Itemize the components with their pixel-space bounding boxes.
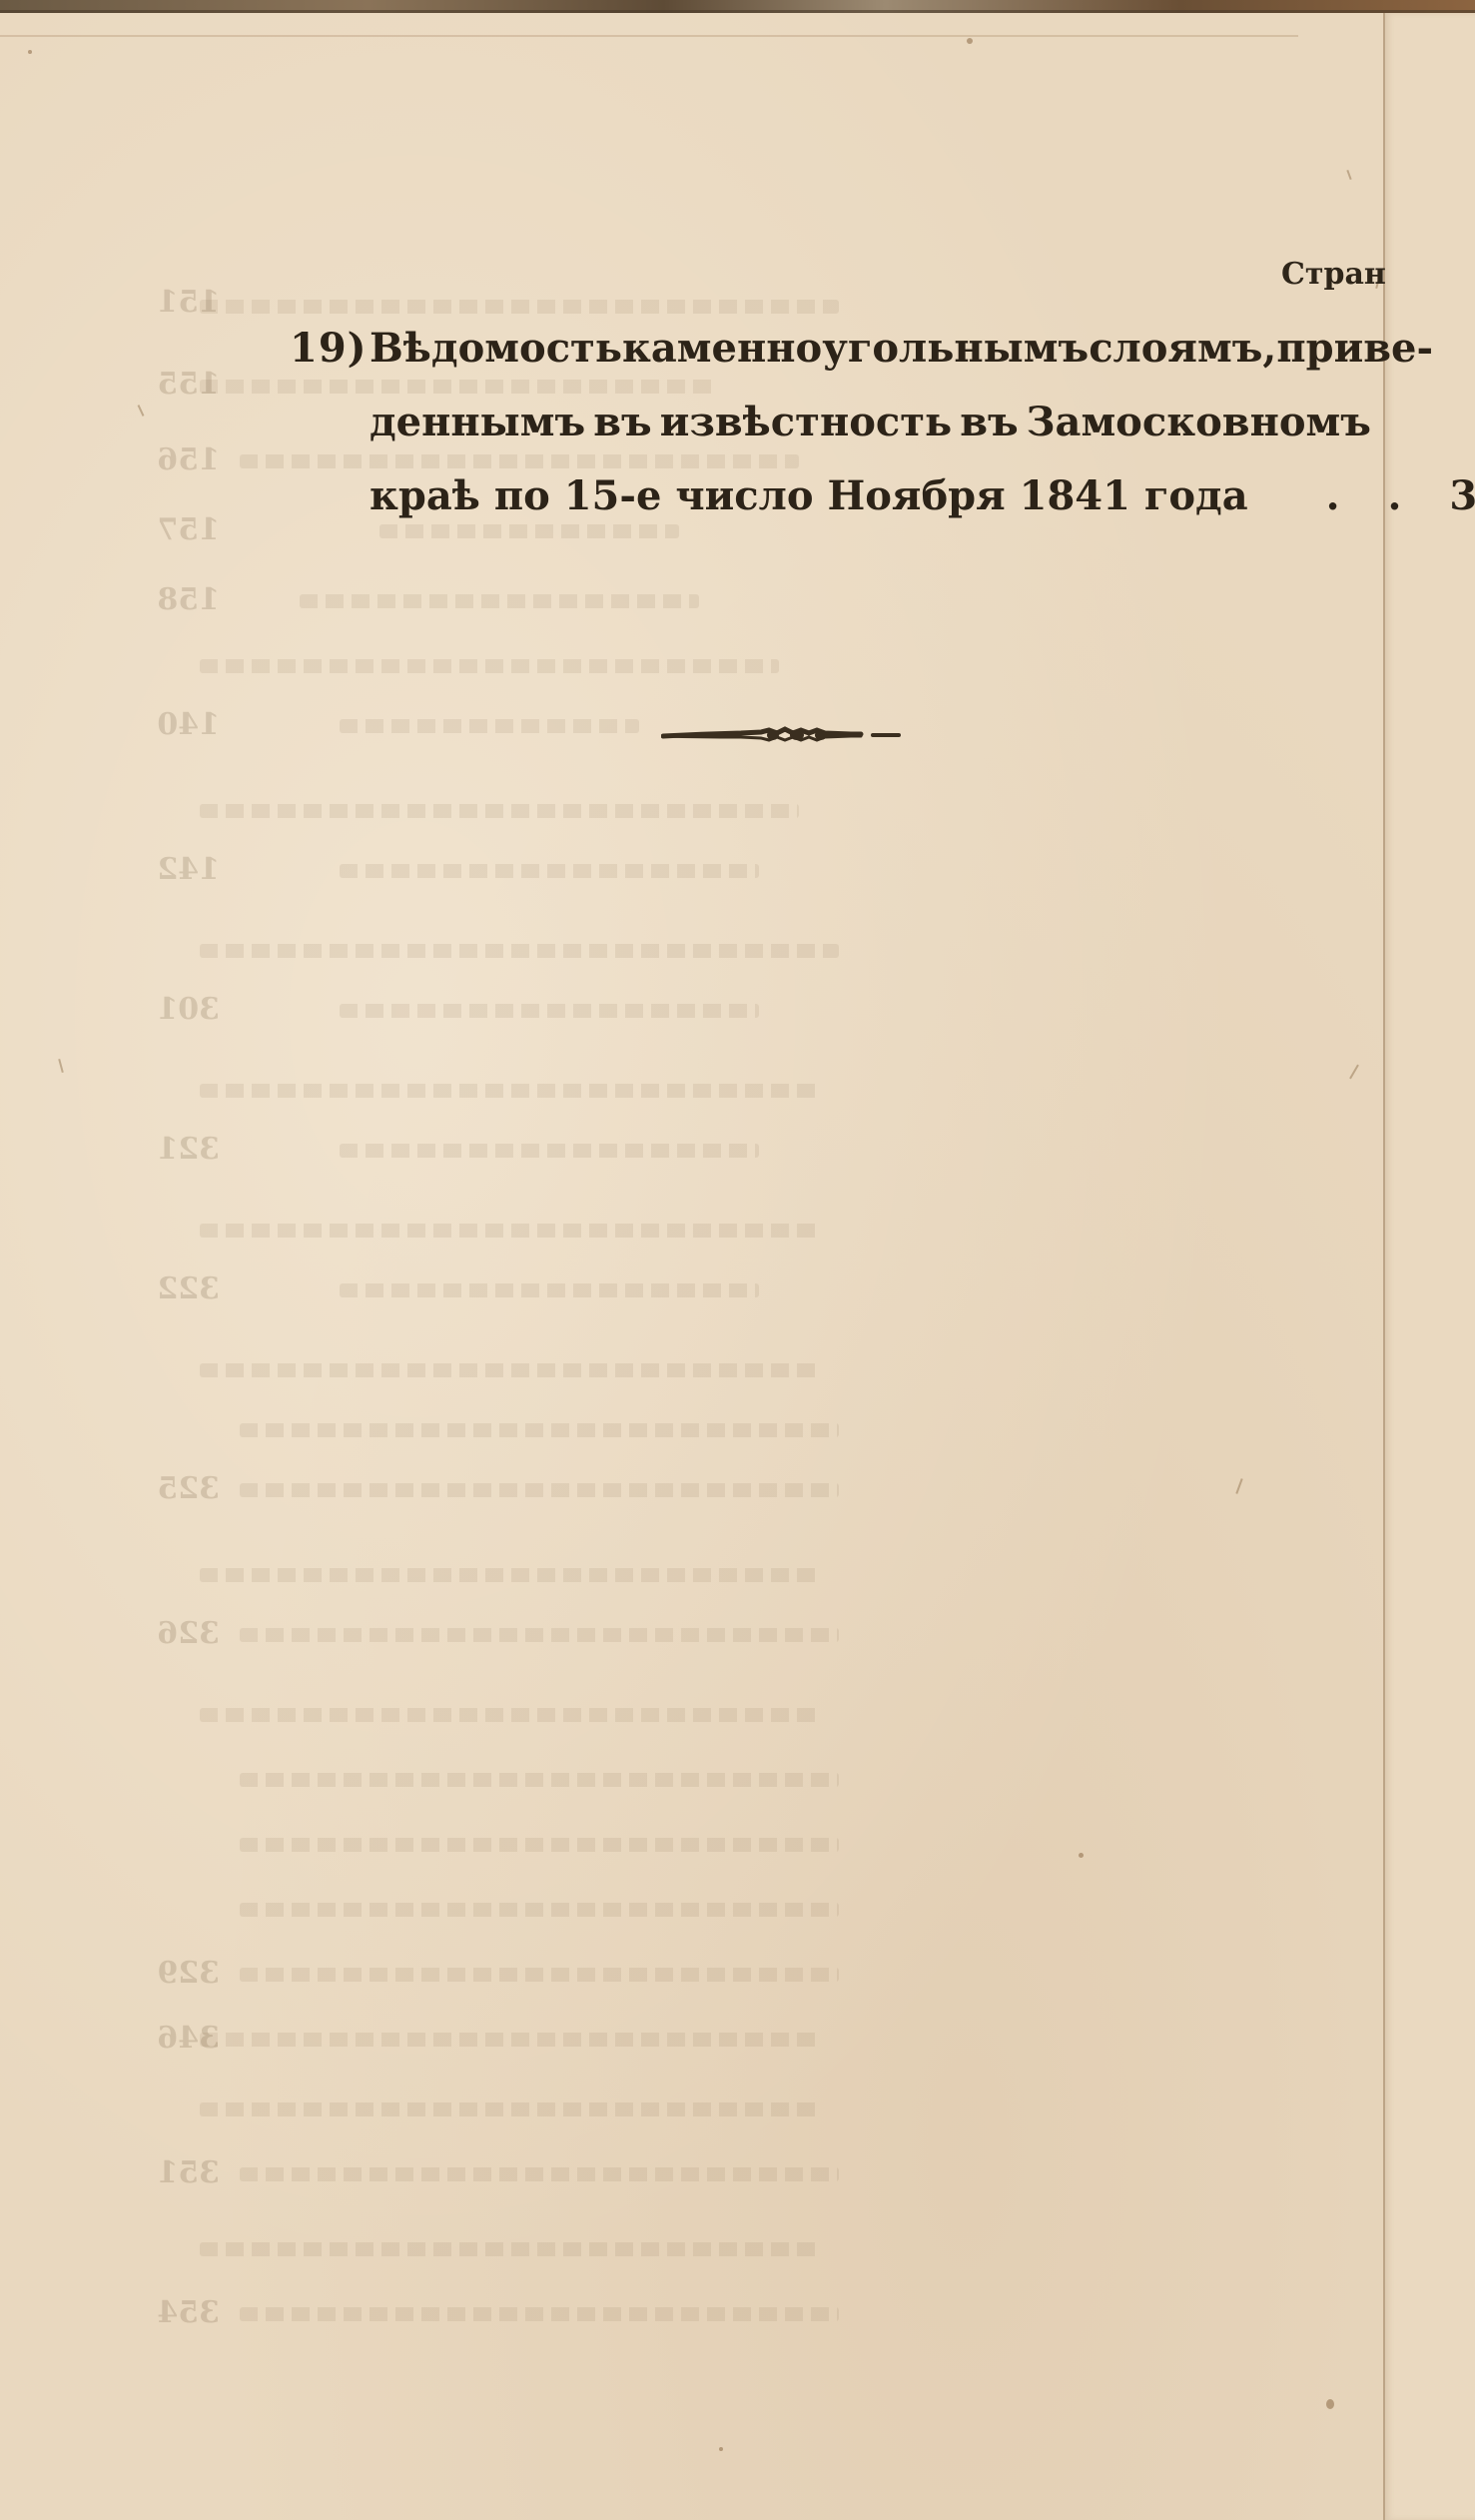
adjacent-page-edge [1383,13,1475,2520]
entry-title-text: краѣ по 15-е число Ноября 1841 года [369,472,1248,519]
entry-number: 19) [290,310,368,388]
entry-title-line-1: Вѣдомость каменноугольнымъ слоямъ, приве… [369,310,1368,388]
entry-title-line-3: краѣ по 15-е число Ноября 1841 года .. 3… [369,457,1475,535]
word: слоямъ, [1089,310,1276,388]
paper-speck [1326,2399,1334,2409]
entry-title-line-2: деннымъ въ извѣстность въ Замосковномъ [369,384,1371,461]
word: извѣстность [660,384,953,461]
paper-crease [0,35,1298,37]
paper-speck [967,38,973,44]
word: въ [960,384,1018,461]
book-top-edge [0,0,1475,13]
dot-leader: .. [1302,457,1426,535]
paper-speck [28,50,32,54]
page-column-header: Стран [1281,257,1386,292]
word: каменноугольнымъ [622,310,1089,388]
page-reference: 373 [1449,457,1475,535]
paper-speck [719,2447,723,2451]
word: въ [593,384,651,461]
ornamental-divider [661,726,901,744]
word: приве- [1276,310,1433,388]
word: Вѣдомость [369,310,622,388]
paper-speck [1079,1853,1084,1858]
word: Замосковномъ [1027,384,1371,461]
word: деннымъ [369,384,585,461]
